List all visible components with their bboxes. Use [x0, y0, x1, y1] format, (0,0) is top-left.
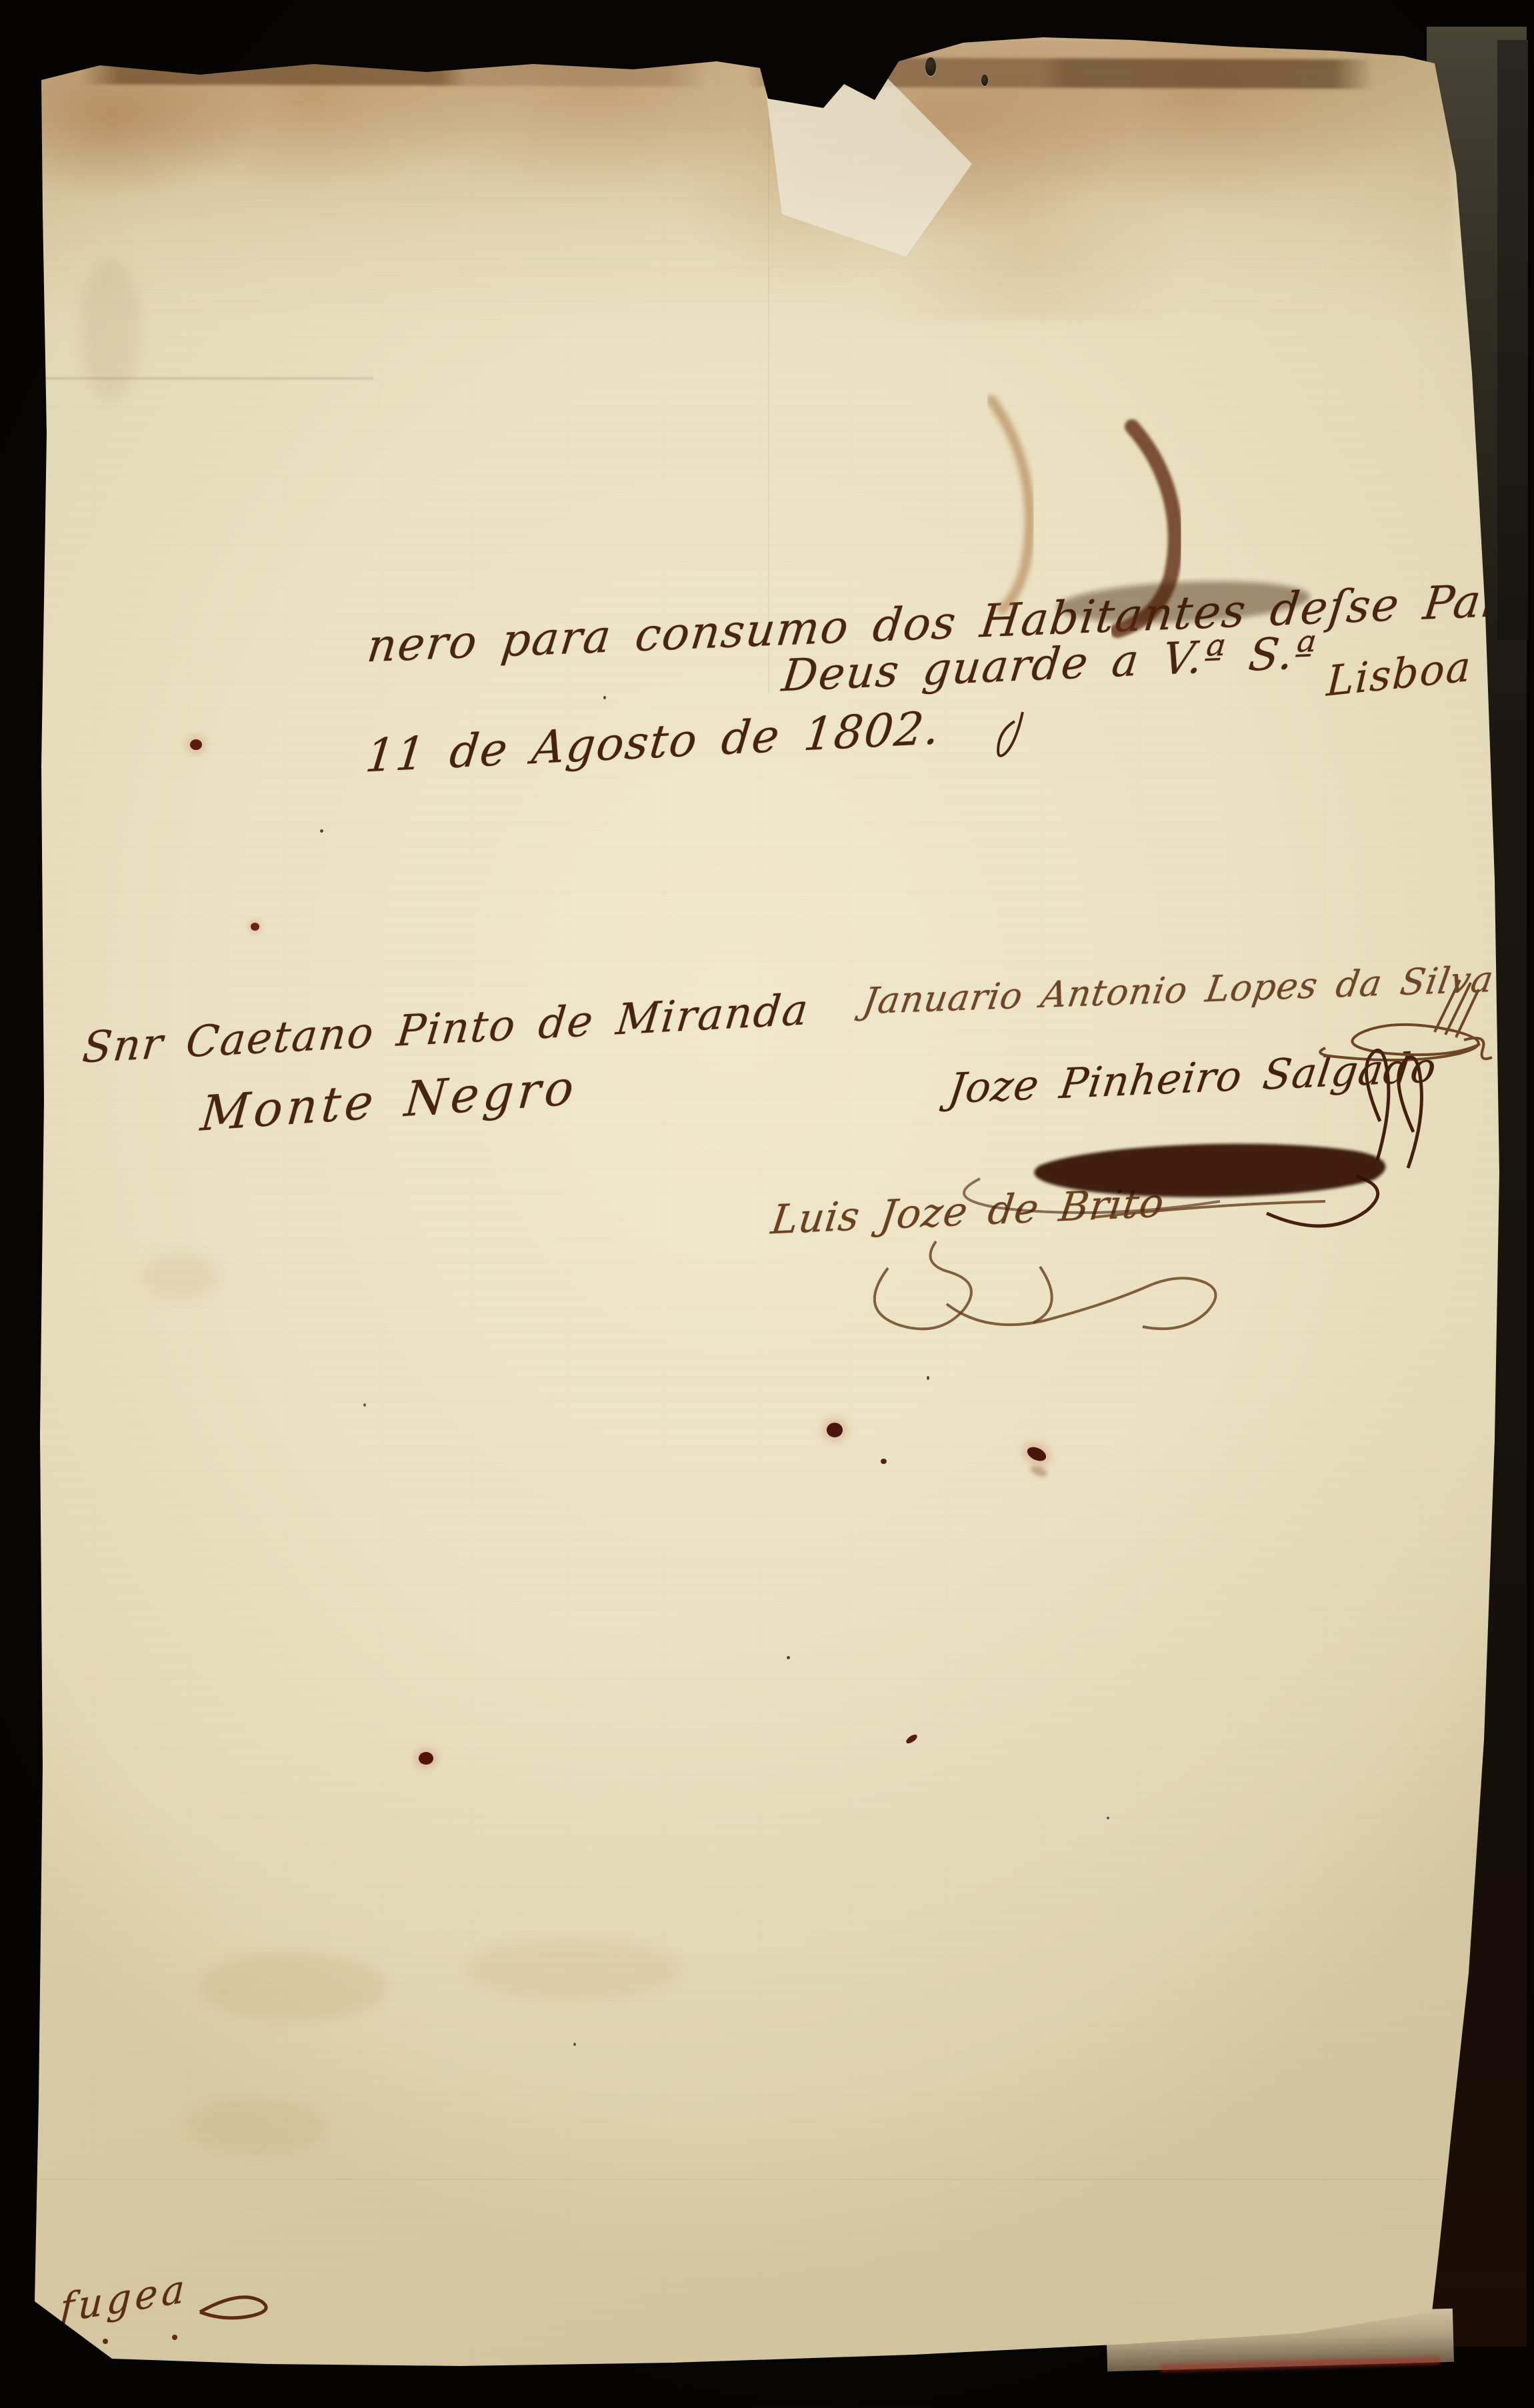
paper-hole: [981, 75, 988, 86]
foxing-speck: [190, 739, 202, 750]
underlying-pages-shadow: [1497, 40, 1528, 640]
dust-speck: [320, 829, 323, 833]
photo-stage: nero para consumo dos Habitantes deſse P…: [0, 0, 1534, 2408]
dust-speck: [573, 2043, 576, 2046]
foxing-speck: [251, 923, 259, 931]
paper-laid-texture: [0, 0, 1534, 2408]
dust-speck: [1107, 1817, 1109, 1819]
dust-speck: [603, 696, 606, 699]
foxing-speck: [827, 1423, 843, 1437]
faint-stain: [80, 260, 140, 400]
manuscript-page: nero para consumo dos Habitantes deſse P…: [0, 0, 1534, 2408]
crease-line: [40, 2179, 1440, 2180]
dust-speck: [927, 1376, 929, 1380]
faint-stain: [187, 2100, 327, 2153]
foxing-speck: [419, 1752, 433, 1765]
foxing-speck: [881, 1459, 887, 1464]
faint-stain: [140, 1253, 220, 1300]
top-edge-dark-stain: [80, 55, 1413, 89]
faint-stain: [467, 1940, 680, 2000]
dust-speck: [363, 1403, 366, 1407]
faint-stain: [200, 1953, 387, 2020]
dust-speck: [787, 1656, 790, 1659]
paper-hole: [925, 57, 936, 76]
